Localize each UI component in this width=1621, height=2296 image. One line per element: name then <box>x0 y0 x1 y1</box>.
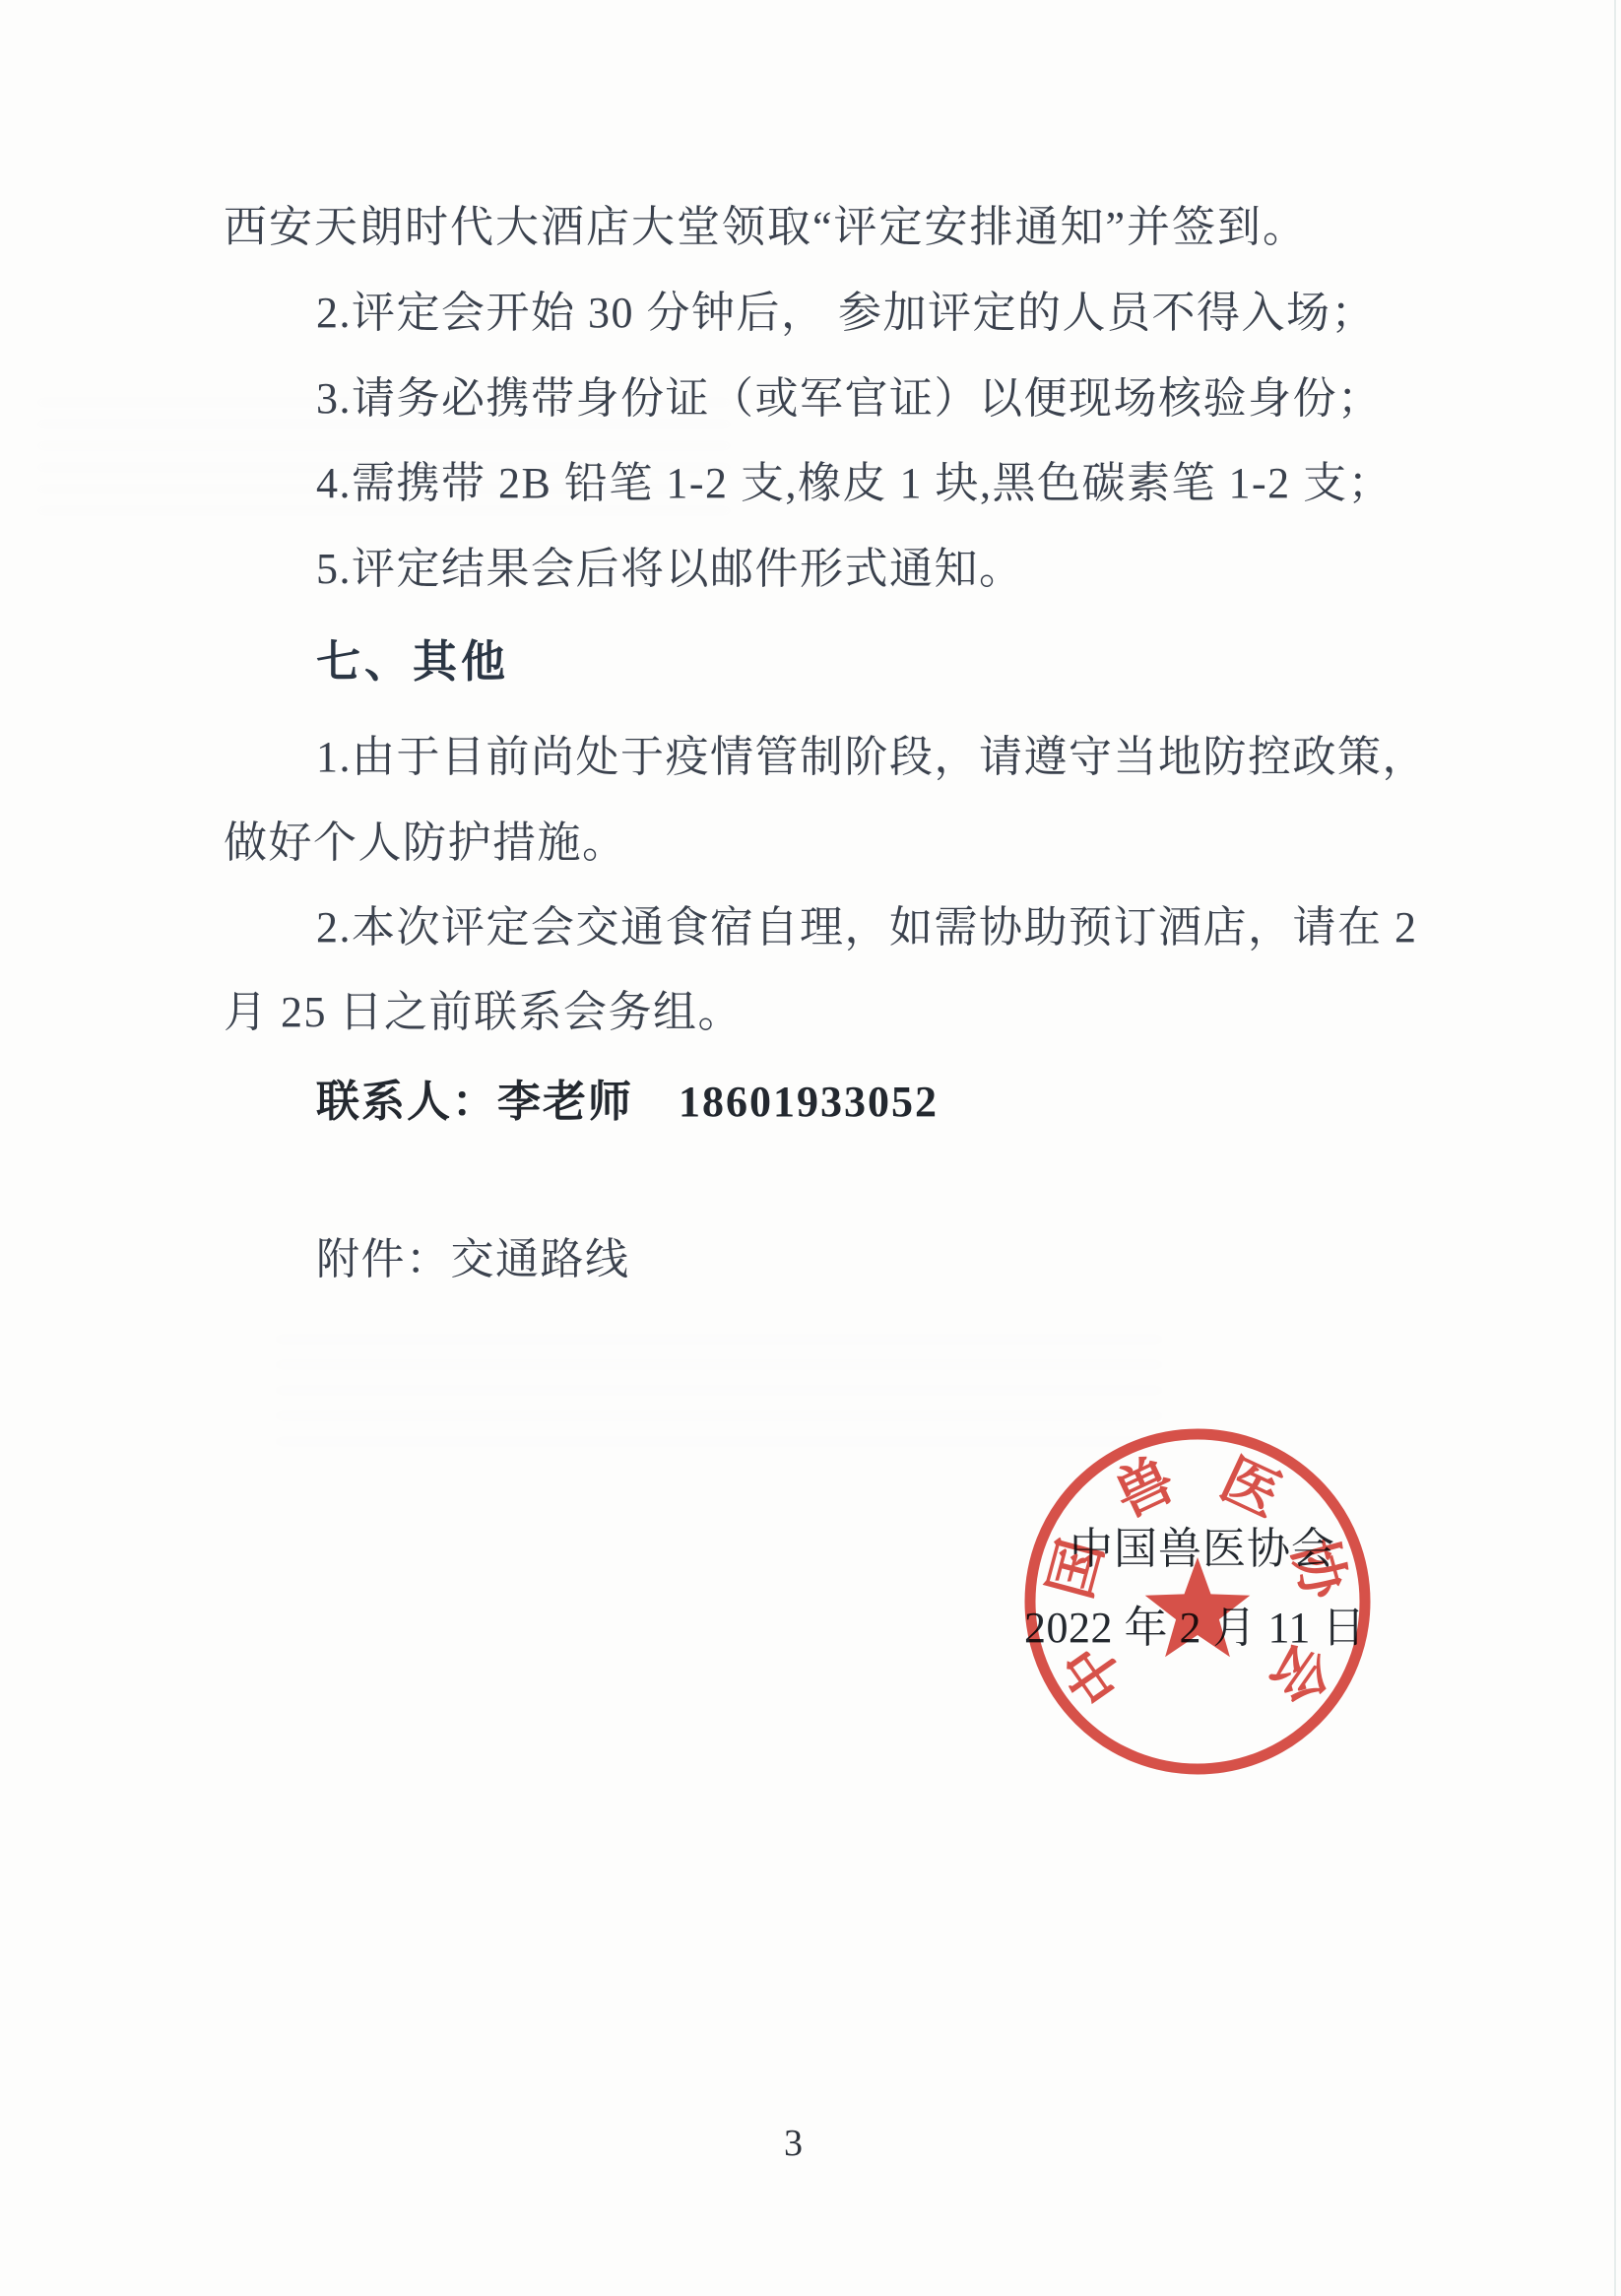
seal-char: 协 <box>1280 1534 1357 1607</box>
other-paragraph-1-line-1: 1.由于目前尚处于疫情管制阶段，请遵守当地防控政策， <box>316 733 1427 783</box>
section-heading-other: 七、其他 <box>316 636 509 688</box>
scan-edge-artifact <box>1614 0 1616 2296</box>
other-paragraph-2-line-2: 月 25 日之前联系会务组。 <box>224 988 743 1038</box>
document-page: 西安天朗时代大酒店大堂领取“评定安排通知”并签到。 2.评定会开始 30 分钟后… <box>0 0 1621 2296</box>
list-item-5: 5.评定结果会后将以邮件形式通知。 <box>316 545 1024 595</box>
seal-char: 国 <box>1038 1534 1115 1606</box>
other-paragraph-2-line-1: 2.本次评定会交通食宿自理，如需协助预订酒店，请在 2 <box>316 903 1418 953</box>
list-item-3: 3.请务必携带身份证（或军官证）以便现场核验身份； <box>316 374 1383 425</box>
seal-star-icon <box>1145 1557 1251 1657</box>
official-seal-stamp: 中 国 兽 医 协 会 <box>1012 1416 1383 1787</box>
page-number: 3 <box>784 2122 803 2165</box>
list-item-2: 2.评定会开始 30 分钟后， 参加评定的人员不得入场； <box>316 289 1376 339</box>
other-paragraph-1-line-2: 做好个人防护措施。 <box>224 819 627 869</box>
seal-graphic: 中 国 兽 医 协 会 <box>1012 1416 1383 1787</box>
list-item-4: 4.需携带 2B 铅笔 1-2 支,橡皮 1 块,黑色碳素笔 1-2 支； <box>316 459 1393 509</box>
paragraph-continuation: 西安天朗时代大酒店大堂领取“评定安排通知”并签到。 <box>224 203 1308 253</box>
attachment-line: 附件：交通路线 <box>316 1235 630 1285</box>
contact-line: 联系人：李老师 18601933052 <box>316 1078 939 1128</box>
